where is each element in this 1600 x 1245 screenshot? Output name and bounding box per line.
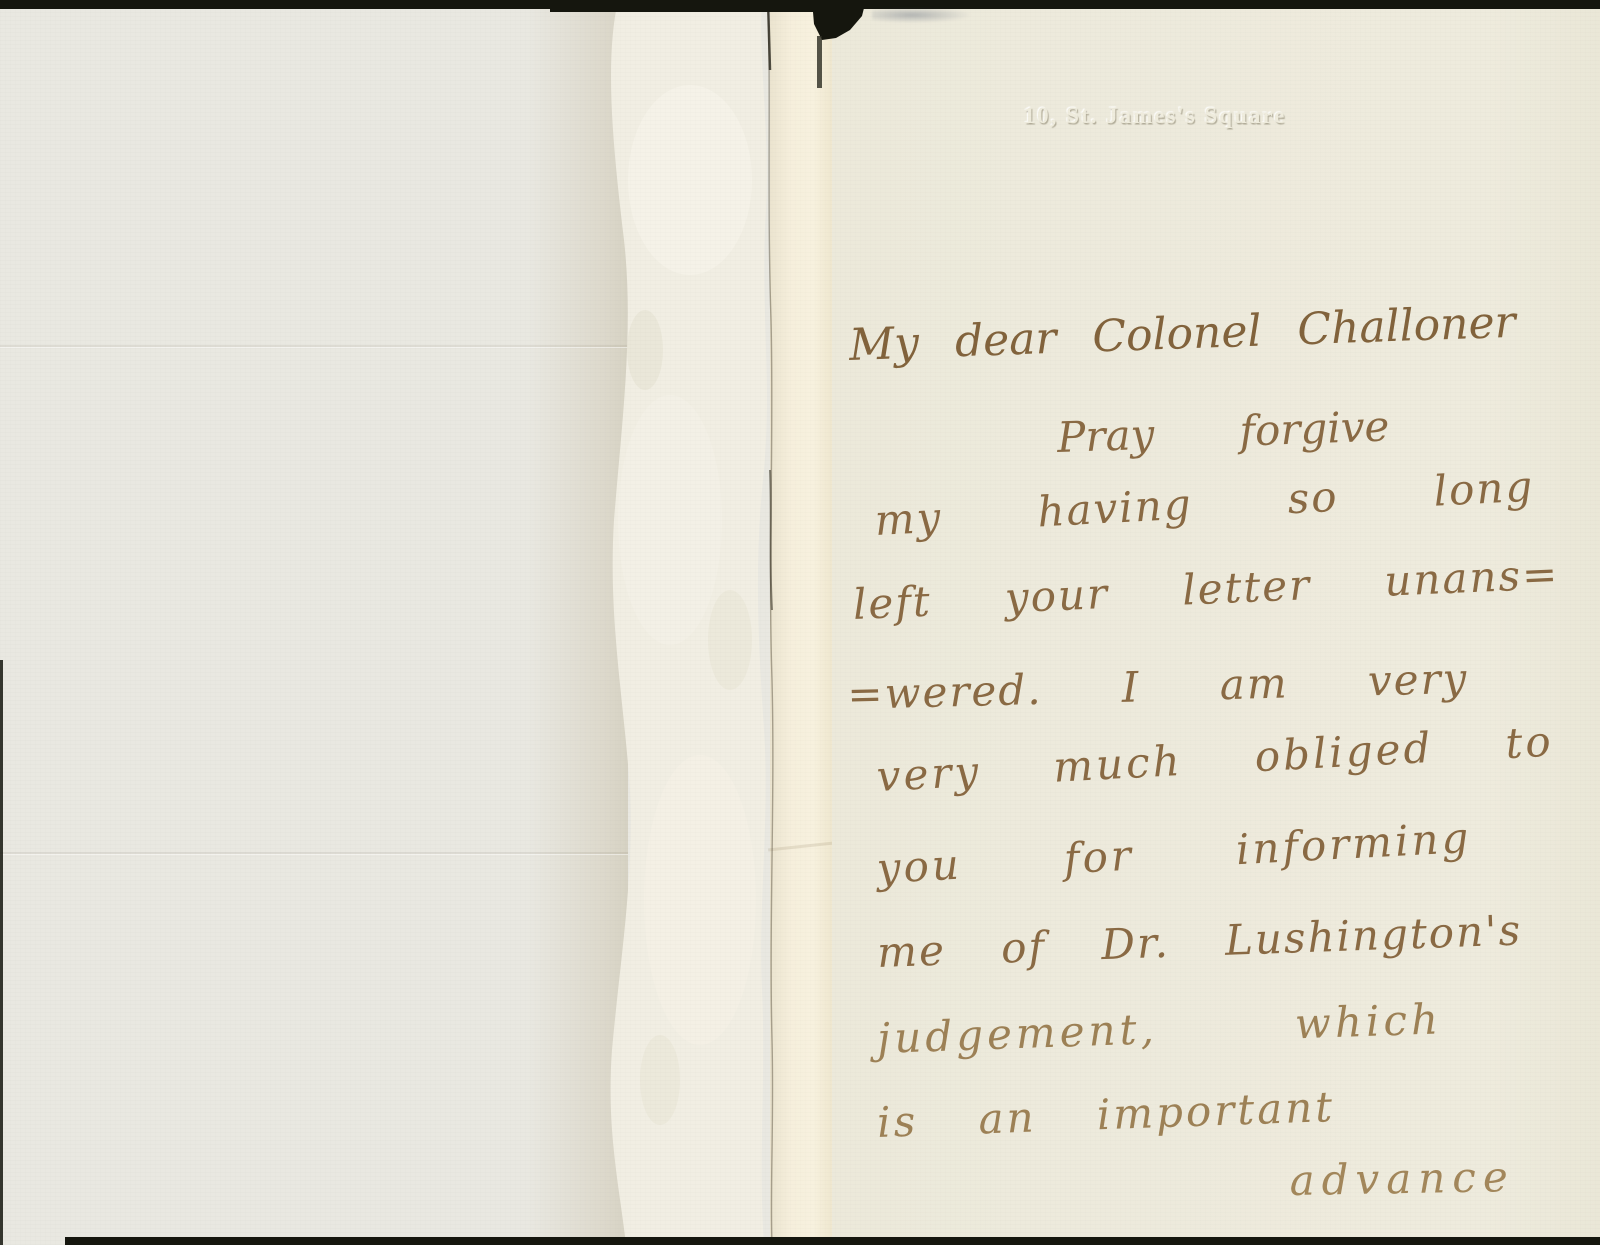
left-blank-page	[0, 0, 628, 1245]
fold-crease	[0, 852, 628, 854]
scanner-edge-bottom	[65, 1237, 1600, 1245]
embossed-letterhead: 10, St. James's Square	[990, 103, 1320, 129]
scanner-edge-left	[0, 660, 3, 1245]
torn-spine-strip	[550, 0, 870, 1245]
paper-edge-smudge	[872, 7, 972, 23]
letter-scan: 10, St. James's Square My dear Colonel C…	[0, 0, 1600, 1245]
handwriting-line-last-word: advance	[1289, 1154, 1515, 1204]
scanner-edge-top	[0, 0, 1600, 9]
fold-crease	[0, 345, 628, 347]
